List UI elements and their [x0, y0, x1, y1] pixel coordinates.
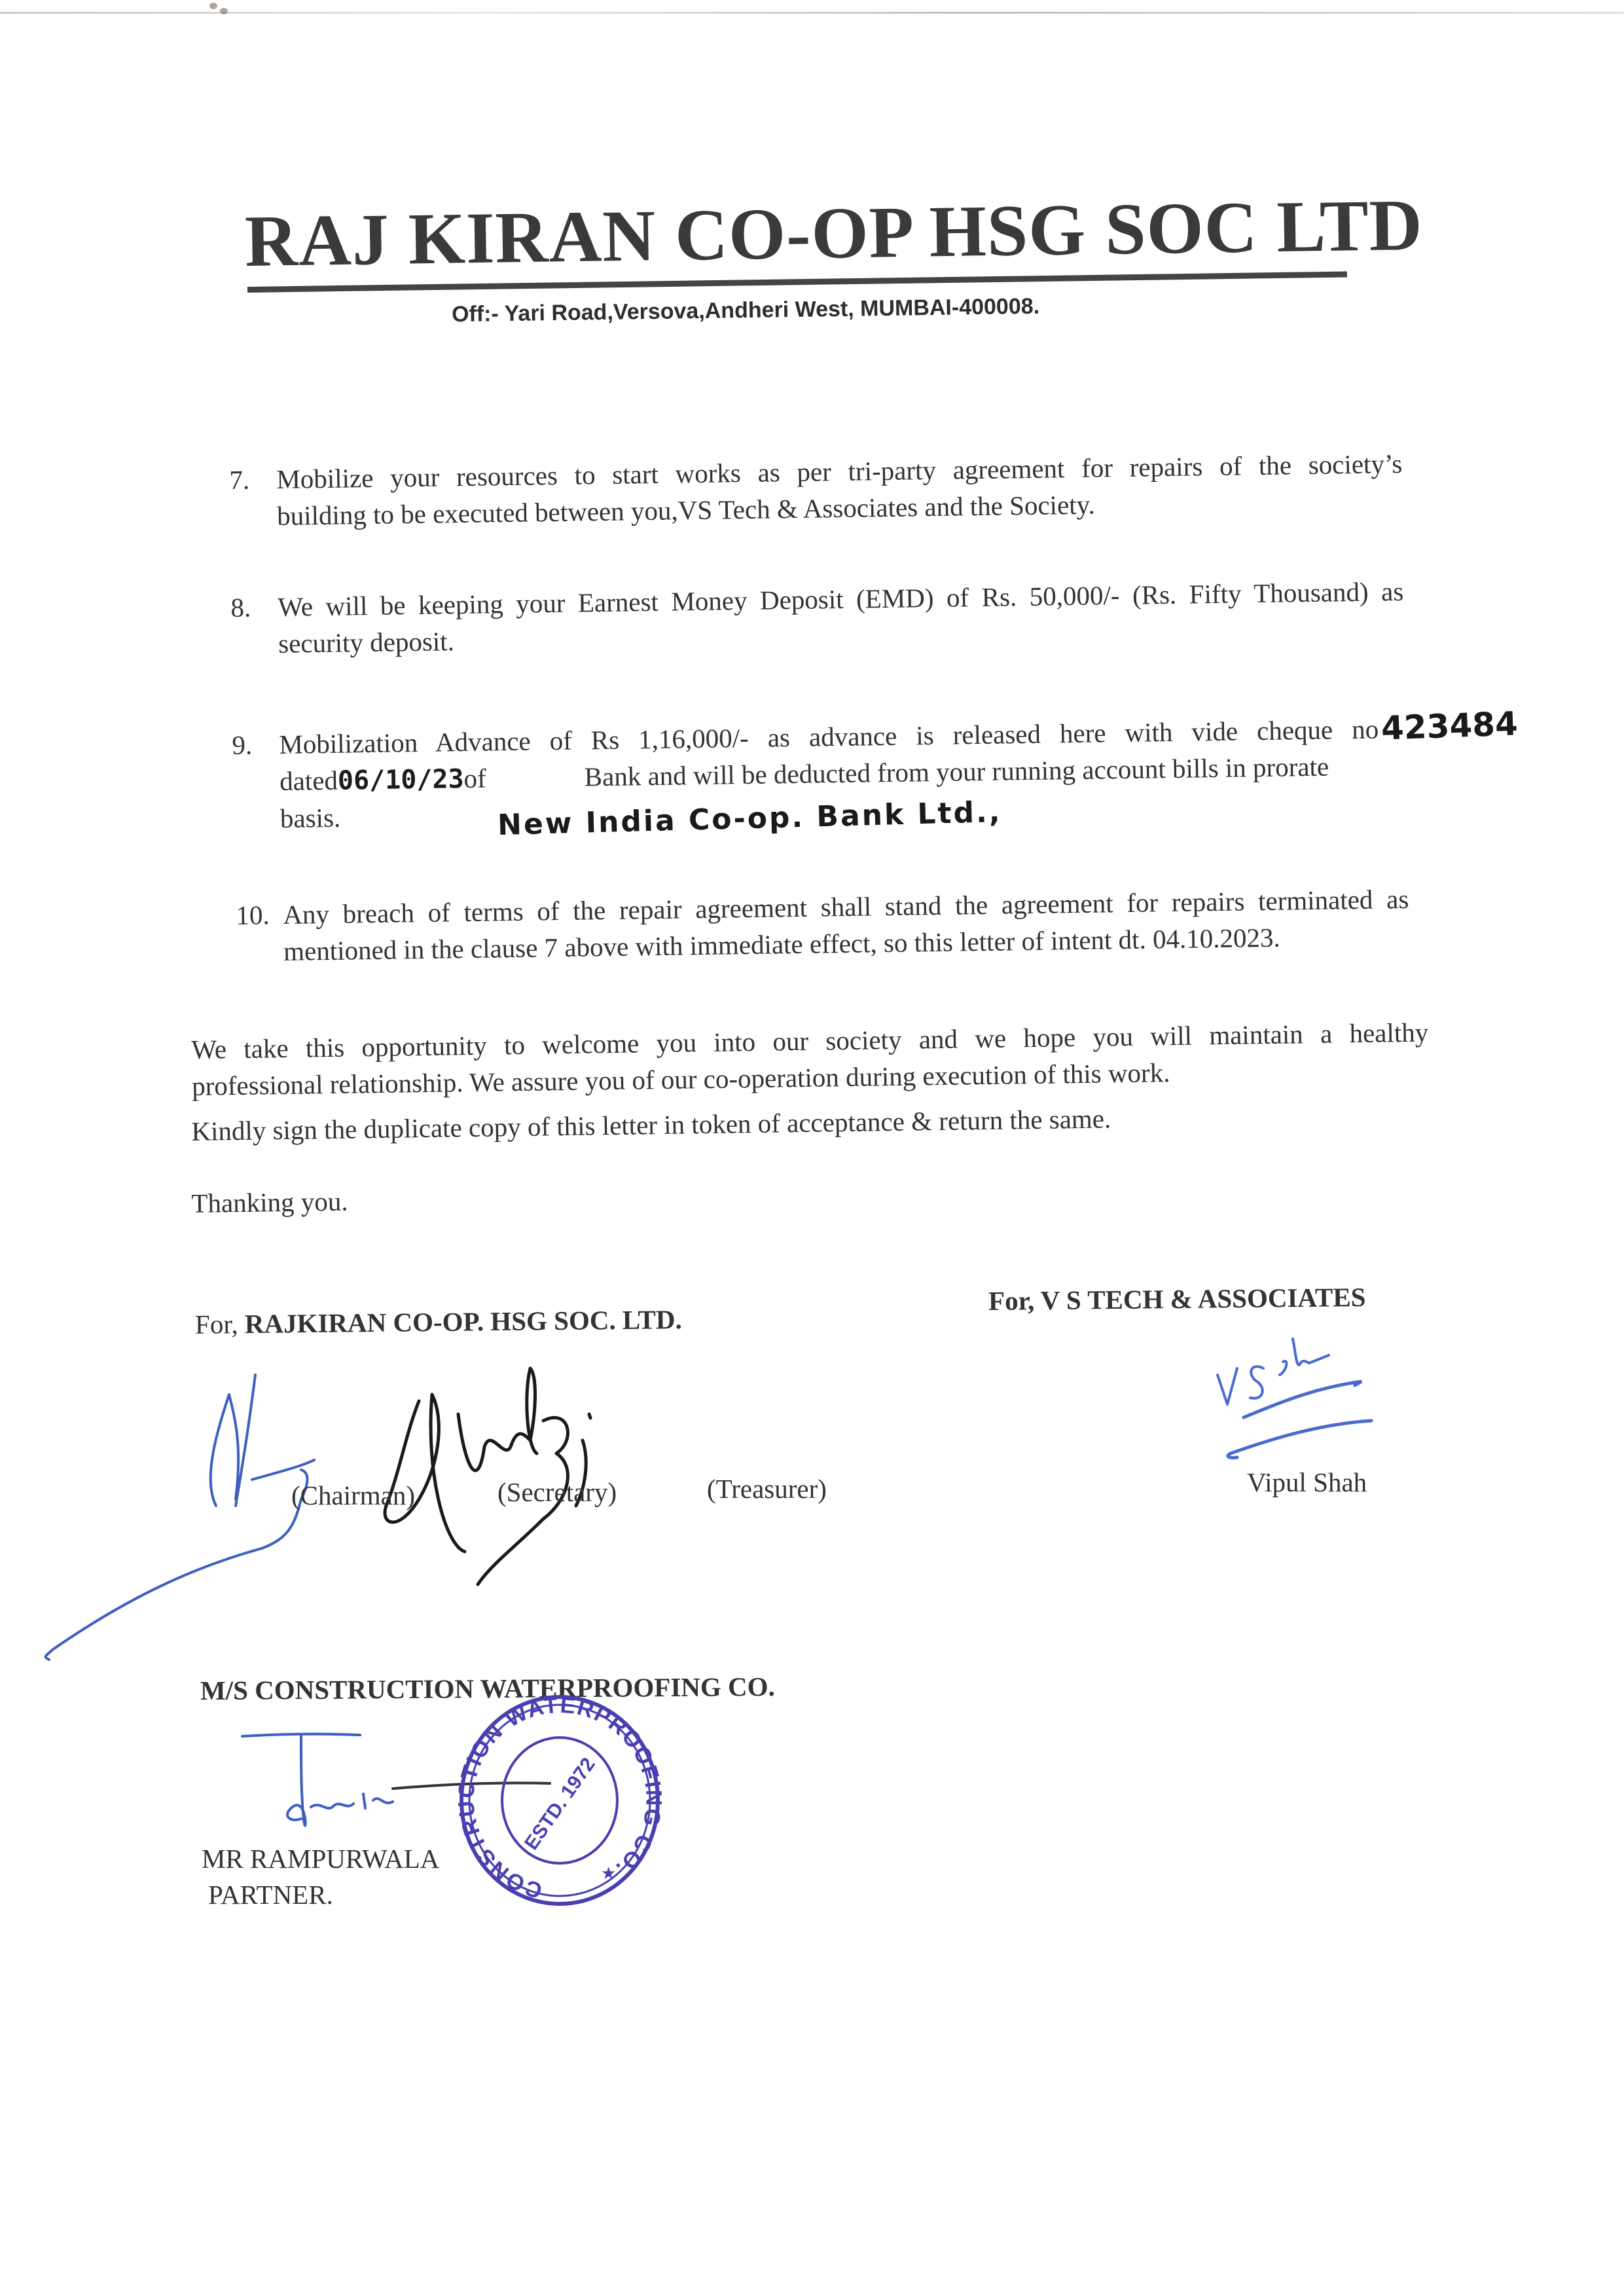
clause-text-suffix: Bank and will be deducted from your runn…	[584, 752, 1329, 792]
dated-label: dated	[280, 765, 338, 796]
consultant-signature	[1204, 1309, 1414, 1480]
chairman-signature	[39, 1368, 406, 1578]
society-for-label: For, RAJKIRAN CO-OP. HSG SOC. LTD.	[195, 1303, 682, 1340]
clause-number: 10.	[236, 896, 270, 934]
company-stamp: CONSTRUCTION WATERPROOFING CO. ESTD. 197…	[452, 1689, 668, 1912]
contractor-name: MR RAMPURWALA	[202, 1843, 439, 1874]
paragraph-line: Kindly sign the duplicate copy of this l…	[191, 1096, 1429, 1150]
clause-number: 9.	[232, 727, 253, 763]
role-secretary: (Secretary)	[497, 1476, 617, 1508]
contractor-title: PARTNER.	[208, 1879, 333, 1910]
clause-number: 8.	[230, 589, 251, 626]
contractor-signature	[236, 1728, 471, 1840]
consultant-name: Vipul Shah	[1247, 1467, 1367, 1498]
of-label: of	[463, 763, 486, 793]
thanks-paragraph: Thanking you.	[191, 1168, 1429, 1222]
society-name: RAJKIRAN CO-OP. HSG SOC. LTD.	[245, 1304, 682, 1339]
clause-number: 7.	[229, 462, 250, 498]
paragraph-line: Thanking you.	[191, 1168, 1429, 1222]
letter-page: RAJ KIRAN CO-OP HSG SOC LTD Off:- Yari R…	[0, 0, 1624, 2296]
handwritten-cheque-number: 423484	[1380, 704, 1519, 747]
stamp-star-icon: ★	[601, 1864, 616, 1884]
letterhead-title: RAJ KIRAN CO-OP HSG SOC LTD	[244, 185, 1345, 284]
handwritten-date: 06/10/23	[338, 764, 464, 796]
stamp-inner-text: ESTD. 1972	[520, 1754, 600, 1854]
letterhead-address: Off:- Yari Road,Versova,Andheri West, MU…	[452, 294, 1040, 328]
sign-request-paragraph: Kindly sign the duplicate copy of this l…	[191, 1096, 1429, 1150]
scan-speck	[209, 3, 217, 9]
for-prefix: For,	[195, 1309, 238, 1339]
role-chairman: (Chairman)	[291, 1480, 415, 1511]
scan-edge-artifact	[0, 12, 1624, 14]
welcome-paragraph: We take this opportunity to welcome you …	[191, 1014, 1429, 1104]
role-treasurer: (Treasurer)	[707, 1473, 827, 1504]
scan-speck	[220, 8, 228, 14]
secretary-signature	[380, 1355, 720, 1578]
